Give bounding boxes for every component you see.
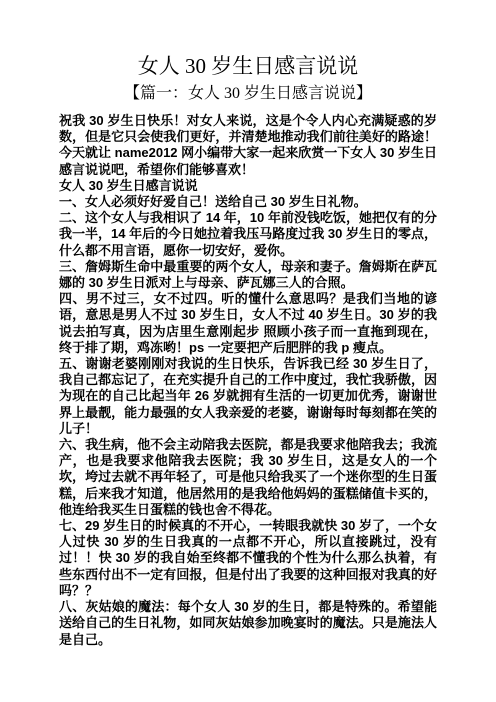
paragraph: 祝我 30 岁生日快乐！对女人来说，这是个令人内心充满疑惑的岁数，但是它只会使我… [59,113,437,178]
paragraph: 三、詹姆斯生命中最重要的两个女人，母亲和妻子。詹姆斯在萨瓦娜的 30 岁生日派对… [59,259,437,291]
page-title: 女人 30 岁生日感言说说 [59,50,437,82]
paragraph: 六、我生病，他不会主动陪我去医院，都是我要求他陪我去；我流产，也是我要求他陪我去… [59,437,437,518]
paragraph: 五、谢谢老婆刚刚对我说的生日快乐，告诉我已经 30 岁生日了，我自己都忘记了，在… [59,356,437,437]
page-subtitle: 【篇一：女人 30 岁生日感言说说】 [59,82,437,106]
document-body: 祝我 30 岁生日快乐！对女人来说，这是个令人内心充满疑惑的岁数，但是它只会使我… [59,113,437,648]
paragraph: 一、女人必须好好爱自己！送给自己 30 岁生日礼物。 [59,194,437,210]
paragraph: 七、29 岁生日的时候真的不开心，一转眼我就快 30 岁了，一个女人过快 30 … [59,518,437,599]
paragraph: 女人 30 岁生日感言说说 [59,178,437,194]
paragraph: 八、灰姑娘的魔法：每个女人 30 岁的生日，都是特殊的。希望能送给自己的生日礼物… [59,599,437,648]
document-page: 女人 30 岁生日感言说说 【篇一：女人 30 岁生日感言说说】 祝我 30 岁… [0,0,496,702]
paragraph: 二、这个女人与我相识了 14 年，10 年前没钱吃饭，她把仅有的分我一半，14 … [59,210,437,259]
paragraph: 四、男不过三，女不过四。听的懂什么意思吗？是我们当地的谚语，意思是男人不过 30… [59,291,437,356]
